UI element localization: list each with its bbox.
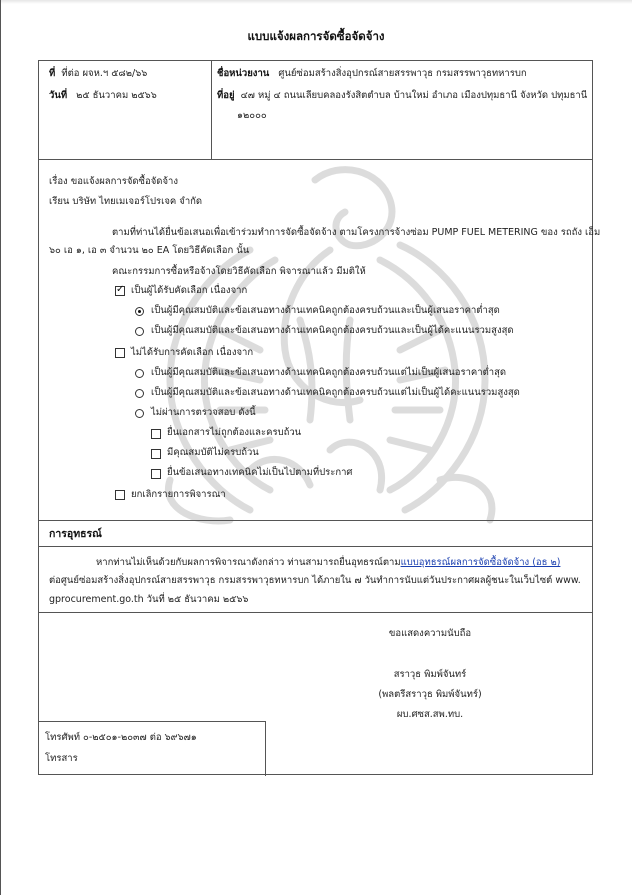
contact-phone: โทรศัพท์ ๐-๒๕๐๑-๒๐๓๗ ต่อ ๖๙๖๗๑: [45, 731, 197, 745]
sub-reason-documents-label: ยื่นเอกสารไม่ถูกต้องและครบถ้วน: [167, 426, 301, 440]
reference-value: ที่ต่อ ผจห.ฯ ๕๘๒/๖๖: [61, 68, 147, 79]
appeal-line-2: ต่อศูนย์ซ่อมสร้างสิ่งอุปกรณ์สายสรรพาวุธ …: [49, 574, 581, 588]
recipient-line: เรียน บริษัท ไทยเมเจอร์โปรเจค จำกัด: [49, 195, 202, 209]
reference-label: ที่: [49, 68, 55, 79]
selected-label: เป็นผู้ได้รับคัดเลือก เนื่องจาก: [131, 284, 247, 298]
closing-salutation: ขอแสดงความนับถือ: [330, 627, 530, 641]
not-selected-checkbox[interactable]: [115, 348, 125, 358]
signatory-position: ผบ.ศซส.สพ.ทบ.: [330, 708, 530, 722]
not-selected-reason-failed-check-radio[interactable]: [135, 409, 144, 418]
header-bottom-rule: [39, 159, 592, 160]
appeal-heading: การอุทธรณ์: [49, 527, 102, 541]
sub-reason-qualifications-checkbox[interactable]: [151, 449, 161, 459]
selected-reason-highest-score-label: เป็นผู้มีคุณสมบัติและข้อเสนอทางด้านเทคนิ…: [151, 324, 514, 338]
selected-reason-lowest-price-radio[interactable]: [135, 307, 144, 316]
not-selected-reason-price-radio[interactable]: [135, 369, 144, 378]
page-top-shadow: [0, 0, 632, 4]
header-divider: [211, 61, 212, 159]
appeal-line-1-text: หากท่านไม่เห็นด้วยกับผลการพิจารณาดังกล่า…: [96, 557, 401, 568]
date-label: วันที่: [49, 90, 67, 101]
agency-label: ชื่อหน่วยงาน: [217, 68, 269, 79]
sub-reason-technical-checkbox[interactable]: [151, 469, 161, 479]
contact-box-top-rule: [39, 721, 266, 722]
appeal-bottom-rule: [39, 612, 592, 613]
sub-reason-technical-label: ยื่นข้อเสนอทางเทคนิคไม่เป็นไปตามที่ประกา…: [167, 466, 352, 480]
paragraph-1-line-2: ๖๐ เอ ๑, เอ ๓ จำนวน ๒๐ EA โดยวิธีคัดเลือ…: [49, 244, 249, 258]
appeal-heading-rule: [39, 546, 592, 547]
agency-address: ที่อยู่ ๔๗ หมู่ ๔ ถนนเลียบคลองรังสิตตำบล…: [217, 89, 587, 103]
agency-value: ศูนย์ซ่อมสร้างสิ่งอุปกรณ์สายสรรพาวุธ กรม…: [278, 68, 526, 79]
sub-reason-qualifications-label: มีคุณสมบัติไม่ครบถ้วน: [167, 446, 259, 460]
address-label: ที่อยู่: [217, 90, 235, 101]
selected-reason-highest-score-radio[interactable]: [135, 327, 144, 336]
contact-fax: โทรสาร: [45, 752, 78, 766]
not-selected-reason-failed-check-label: ไม่ผ่านการตรวจสอบ ดังนี้: [151, 406, 256, 420]
not-selected-reason-score-radio[interactable]: [135, 389, 144, 398]
appeal-top-rule: [39, 520, 592, 521]
appeal-line-3: gprocurement.go.th วันที่ ๒๕ ธันวาคม ๒๕๖…: [49, 593, 248, 607]
address-value: ๔๗ หมู่ ๔ ถนนเลียบคลองรังสิตตำบล บ้านใหม…: [241, 90, 588, 101]
cancelled-label: ยกเลิกรายการพิจารณา: [131, 488, 226, 502]
reference-number: ที่ ที่ต่อ ผจห.ฯ ๕๘๒/๖๖: [49, 67, 147, 81]
not-selected-reason-price-label: เป็นผู้มีคุณสมบัติและข้อเสนอทางด้านเทคนิ…: [151, 366, 506, 380]
paragraph-2: คณะกรรมการซื้อหรือจ้างโดยวิธีคัดเลือก พิ…: [112, 265, 366, 279]
appeal-form-link[interactable]: แบบอุทธรณ์ผลการจัดซื้อจัดจ้าง (อธ ๒): [401, 557, 561, 568]
sub-reason-documents-checkbox[interactable]: [151, 429, 161, 439]
date-value: ๒๕ ธันวาคม ๒๕๖๖: [76, 90, 157, 101]
address-postcode: ๑๒๐๐๐: [237, 109, 267, 123]
signatory-name: สราวุธ พิมพ์จันทร์: [330, 668, 530, 682]
not-selected-reason-score-label: เป็นผู้มีคุณสมบัติและข้อเสนอทางด้านเทคนิ…: [151, 386, 520, 400]
selected-reason-lowest-price-label: เป็นผู้มีคุณสมบัติและข้อเสนอทางด้านเทคนิ…: [151, 304, 500, 318]
agency-name: ชื่อหน่วยงาน ศูนย์ซ่อมสร้างสิ่งอุปกรณ์สา…: [217, 67, 527, 81]
appeal-line-1: หากท่านไม่เห็นด้วยกับผลการพิจารณาดังกล่า…: [96, 556, 560, 570]
subject-line: เรื่อง ขอแจ้งผลการจัดซื้อจัดจ้าง: [49, 175, 178, 189]
contact-box-right-rule: [265, 721, 266, 776]
viewer-left-border: [0, 0, 1, 895]
cancelled-checkbox[interactable]: [115, 490, 125, 500]
document-title: แบบแจ้งผลการจัดซื้อจัดจ้าง: [0, 28, 632, 46]
document-date: วันที่ ๒๕ ธันวาคม ๒๕๖๖: [49, 89, 157, 103]
not-selected-label: ไม่ได้รับการคัดเลือก เนื่องจาก: [131, 346, 253, 360]
paragraph-1-line-1: ตามที่ท่านได้ยื่นข้อเสนอเพื่อเข้าร่วมทำก…: [112, 226, 600, 240]
selected-checkbox[interactable]: [115, 286, 125, 296]
signatory-full-name: (พลตรีสราวุธ พิมพ์จันทร์): [330, 688, 530, 702]
